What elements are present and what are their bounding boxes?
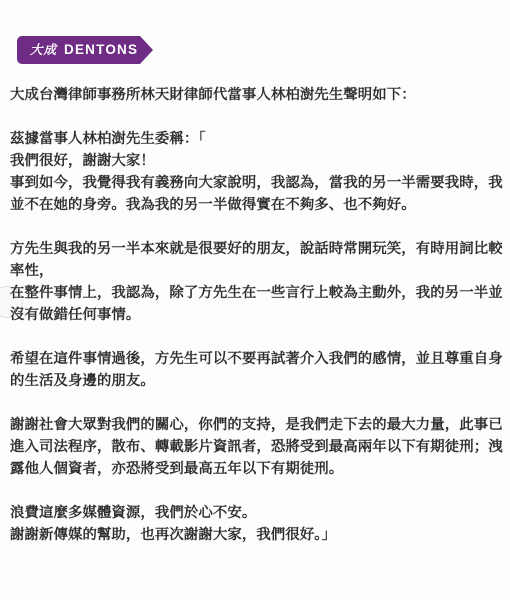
statement-line: 謝謝社會大眾對我們的關心，你們的支持，是我們走下去的最大力量，此事已 [10, 414, 508, 436]
dentons-logo-wordmark: DENTONS [64, 43, 138, 57]
dentons-logo-cjk: 大成 [30, 44, 57, 57]
statement-line: 希望在這件事情過後，方先生可以不要再試著介入我們的感情，並且尊重自身 [10, 348, 508, 370]
statement-paragraph: 方先生與我的另一半本來就是很要好的朋友，說話時常開玩笑，有時用詞比較 率性， 在… [10, 238, 508, 326]
statement-line: 露他人個資者，亦恐將受到最高五年以下有期徒刑。 [10, 458, 508, 480]
statement-body: 大成台灣律師事務所林天財律師代當事人林柏澍先生聲明如下： 茲據當事人林柏澍先生委… [10, 84, 508, 568]
statement-paragraph: 茲據當事人林柏澍先生委稱：「 我們很好，謝謝大家！ 事到如今，我覺得我有義務向大… [10, 128, 508, 216]
statement-line: 我們很好，謝謝大家！ [10, 150, 508, 172]
statement-line: 的生活及身邊的朋友。 [10, 370, 508, 392]
statement-paragraph: 謝謝社會大眾對我們的關心，你們的支持，是我們走下去的最大力量，此事已 進入司法程… [10, 414, 508, 480]
statement-line: 謝謝新傳媒的幫助，也再次謝謝大家，我們很好。」 [10, 524, 508, 546]
statement-line: 率性， [10, 260, 508, 282]
statement-line: 並不在她的身旁。我為我的另一半做得實在不夠多、也不夠好。 [10, 194, 508, 216]
statement-paragraph: 希望在這件事情過後，方先生可以不要再試著介入我們的感情，並且尊重自身 的生活及身… [10, 348, 508, 392]
statement-line: 浪費這麼多媒體資源，我們於心不安。 [10, 502, 508, 524]
statement-line: 在整件事情上，我認為，除了方先生在一些言行上較為主動外，我的另一半並 [10, 282, 508, 304]
statement-line: 大成台灣律師事務所林天財律師代當事人林柏澍先生聲明如下： [10, 84, 508, 106]
dentons-logo: 大成 DENTONS [17, 36, 153, 64]
statement-paragraph: 浪費這麼多媒體資源，我們於心不安。 謝謝新傳媒的幫助，也再次謝謝大家，我們很好。… [10, 502, 508, 546]
statement-line: 事到如今，我覺得我有義務向大家說明，我認為，當我的另一半需要我時，我 [10, 172, 508, 194]
statement-line: 茲據當事人林柏澍先生委稱：「 [10, 128, 508, 150]
statement-line: 方先生與我的另一半本來就是很要好的朋友，說話時常開玩笑，有時用詞比較 [10, 238, 508, 260]
statement-line: 進入司法程序，散布、轉載影片資訊者，恐將受到最高兩年以下有期徒刑；洩 [10, 436, 508, 458]
statement-intro: 大成台灣律師事務所林天財律師代當事人林柏澍先生聲明如下： [10, 84, 508, 106]
statement-line: 沒有做錯任何事情。 [10, 304, 508, 326]
statement-page: 大成 DENTONS 大成台灣律師事務所林天財律師代當事人林柏澍先生聲明如下： … [0, 0, 510, 600]
